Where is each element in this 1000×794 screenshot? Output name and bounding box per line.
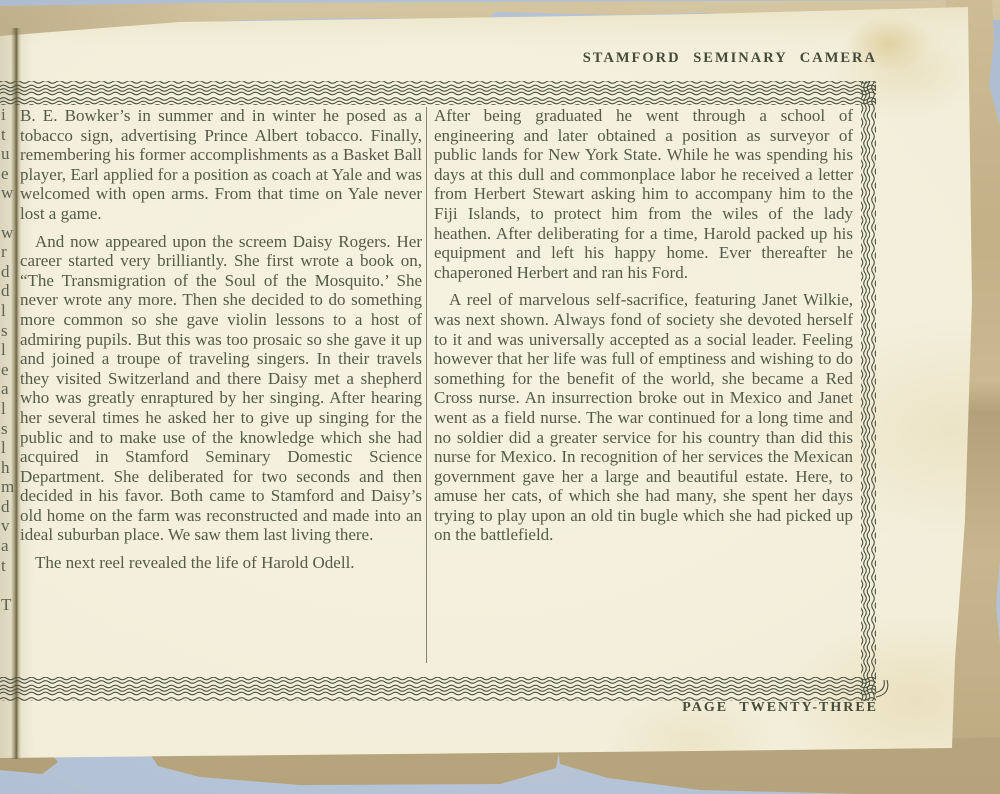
- paragraph: B. E. Bowker’s in summer and in winter h…: [20, 106, 422, 224]
- scanned-page: i t u e w w r d d l s l e a l s l h m d …: [0, 0, 1000, 794]
- paragraph: And now appeared upon the screem Daisy R…: [20, 232, 422, 546]
- right-text-column: After being graduated he went through a …: [434, 106, 853, 553]
- paragraph: The next reel revealed the life of Harol…: [20, 553, 422, 573]
- left-text-column: B. E. Bowker’s in summer and in winter h…: [20, 106, 422, 581]
- column-divider-rule: [426, 107, 427, 663]
- running-header: STAMFORD SEMINARY CAMERA: [583, 50, 877, 67]
- page-number-label: PAGE TWENTY-THREE: [682, 700, 878, 716]
- paragraph: After being graduated he went through a …: [434, 106, 853, 282]
- paragraph: A reel of marvelous self-sacrifice, feat…: [434, 290, 853, 545]
